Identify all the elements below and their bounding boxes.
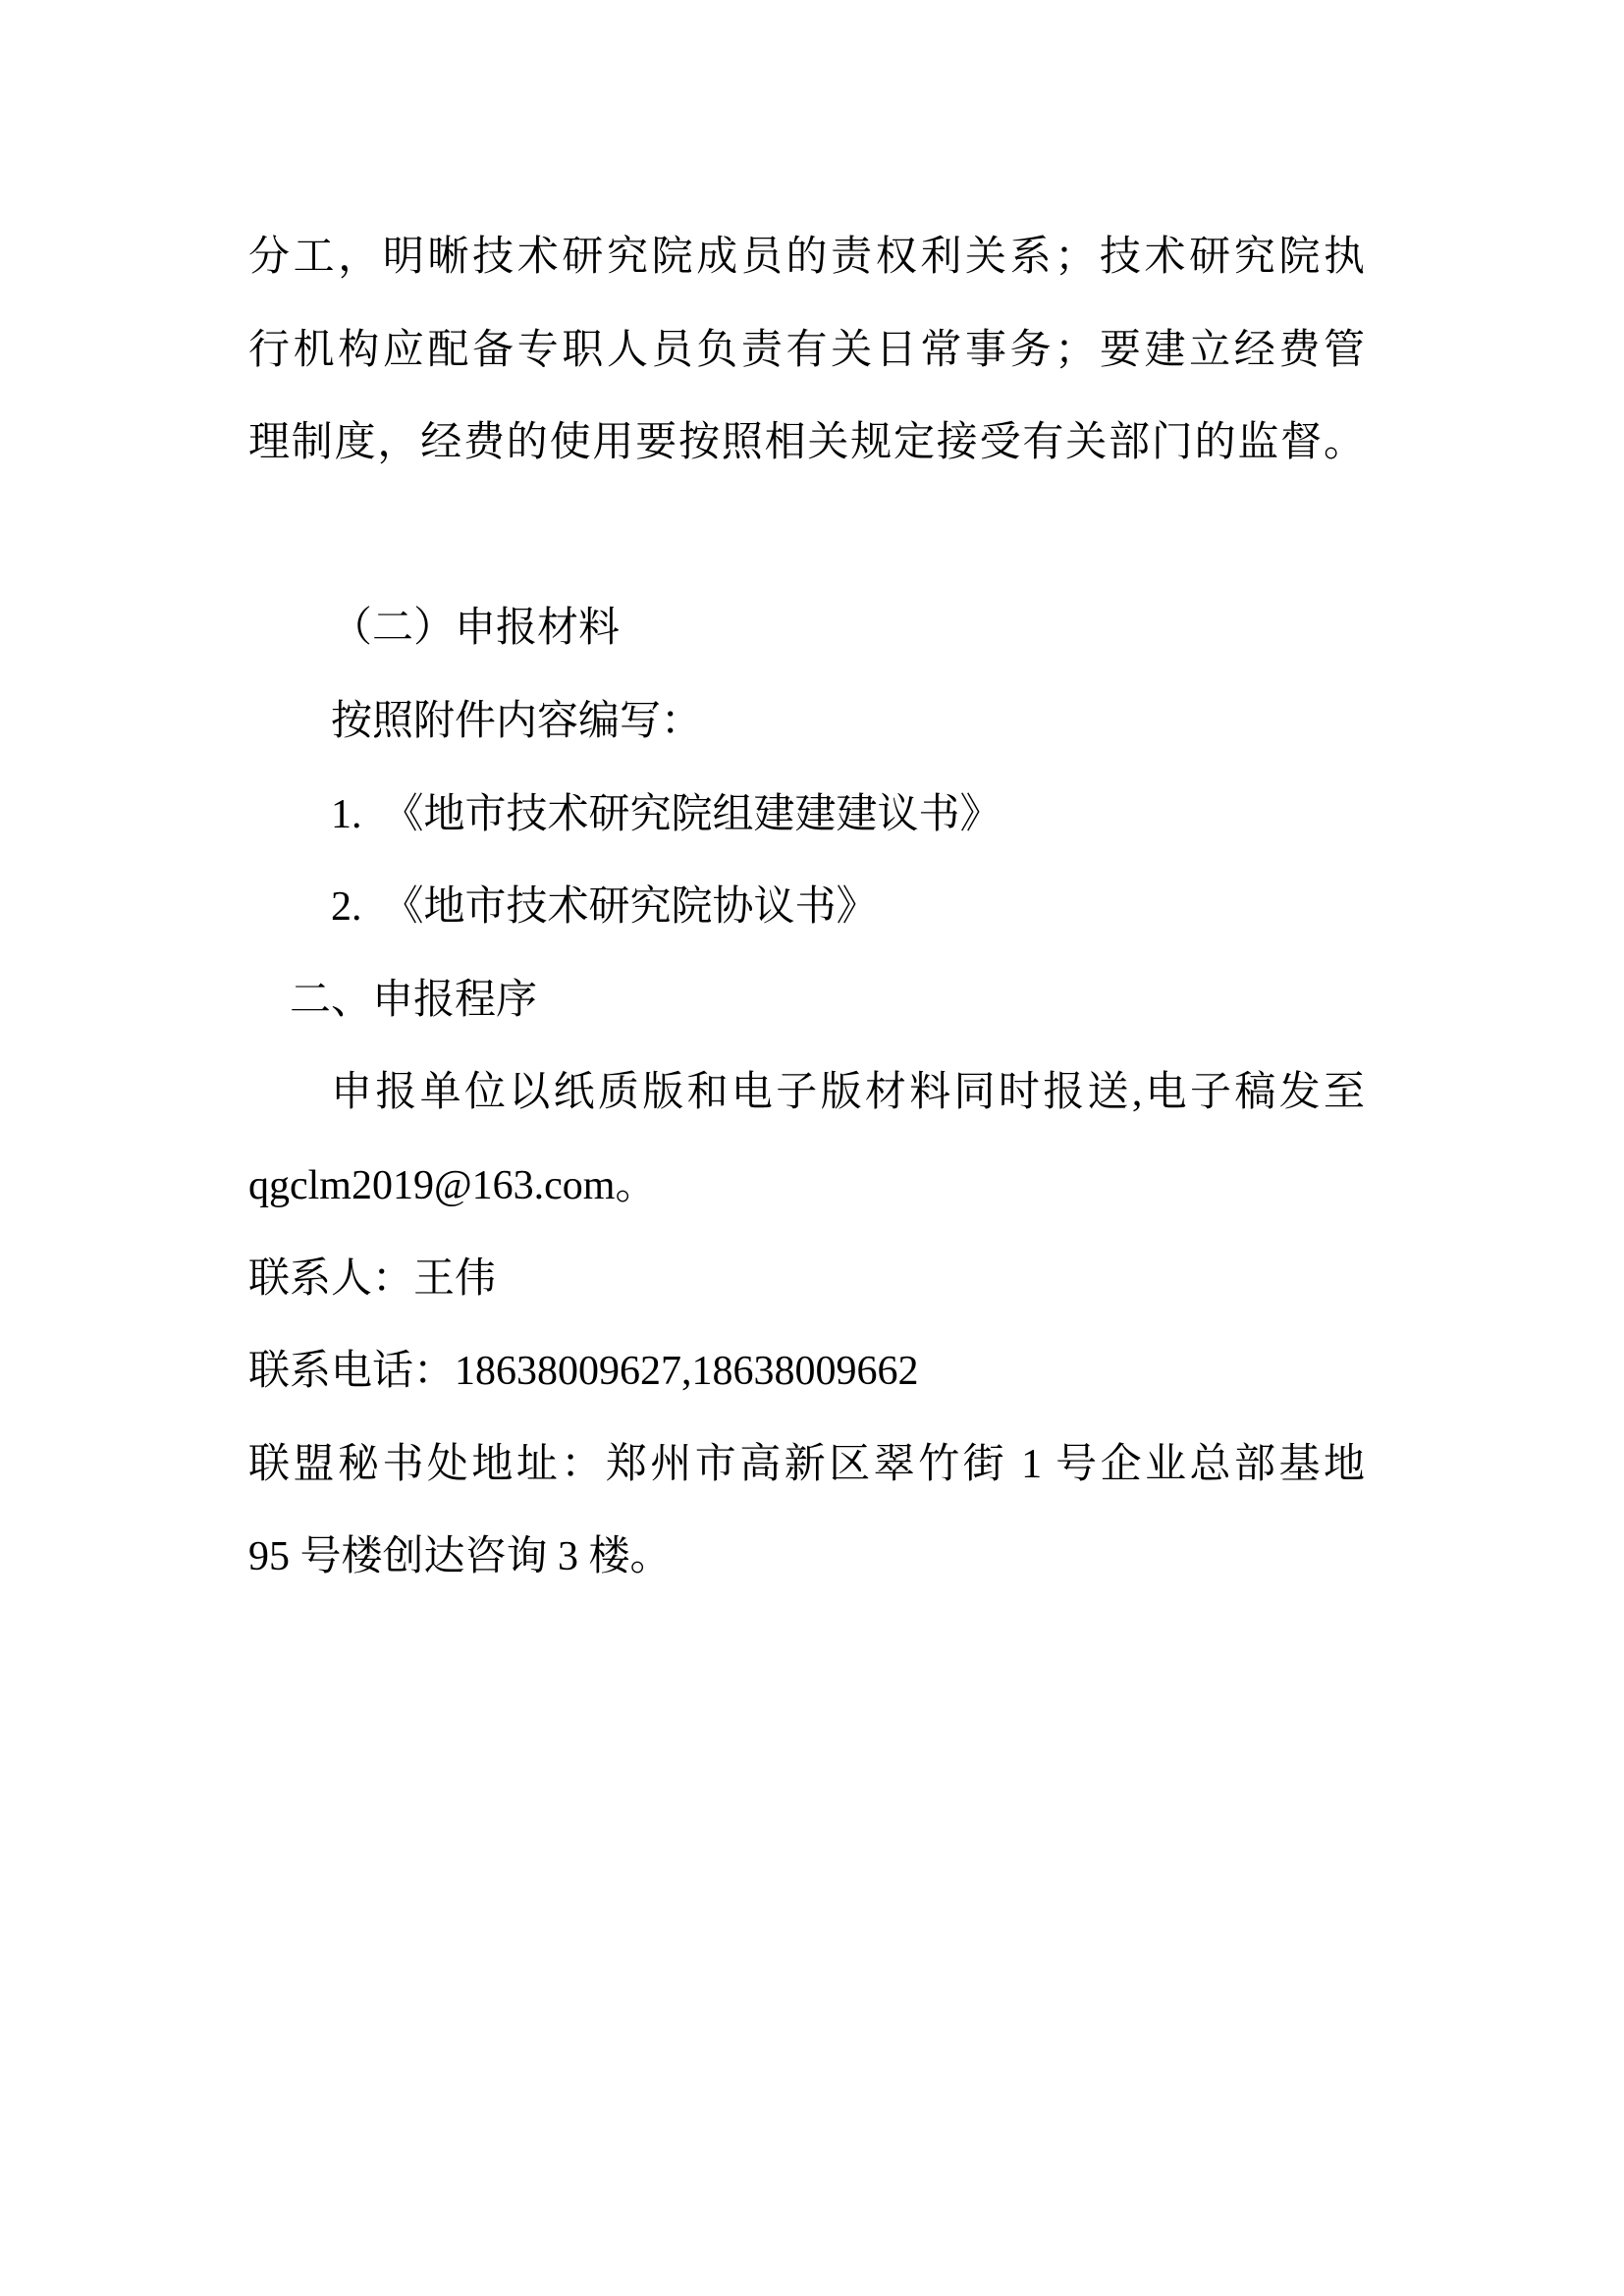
procedure-email-line: qgclm2019@163.com。 [248,1140,1365,1233]
address-line-2: 95 号楼创达咨询 3 楼。 [248,1511,1365,1604]
section-heading-declare-materials: （二）申报材料 [248,582,1365,675]
paragraph-line: 行机构应配备专职人员负责有关日常事务；要建立经费管 [248,304,1365,398]
materials-item-2: 2. 《地市技术研究院协议书》 [248,861,1365,954]
paragraph-line: 分工，明晰技术研究院成员的责权利关系；技术研究院执 [248,211,1365,304]
contact-phone-line: 联系电话：18638009627,18638009662 [248,1325,1365,1418]
paragraph-line: 理制度，经费的使用要按照相关规定接受有关部门的监督。 [248,397,1365,490]
contact-person-line: 联系人：王伟 [248,1233,1365,1326]
document-text-block: 分工，明晰技术研究院成员的责权利关系；技术研究院执 行机构应配备专职人员负责有关… [248,211,1365,1604]
section-heading-procedure: 二、申报程序 [248,954,1365,1047]
materials-item-1: 1. 《地市技术研究院组建建建议书》 [248,769,1365,862]
blank-line [248,490,1365,583]
document-page: 分工，明晰技术研究院成员的责权利关系；技术研究院执 行机构应配备专职人员负责有关… [0,0,1624,2296]
materials-intro: 按照附件内容编写： [248,675,1365,769]
procedure-body-line: 申报单位以纸质版和电子版材料同时报送,电子稿发至 [248,1046,1365,1140]
address-line-1: 联盟秘书处地址：郑州市高新区翠竹街 1 号企业总部基地 [248,1418,1365,1512]
